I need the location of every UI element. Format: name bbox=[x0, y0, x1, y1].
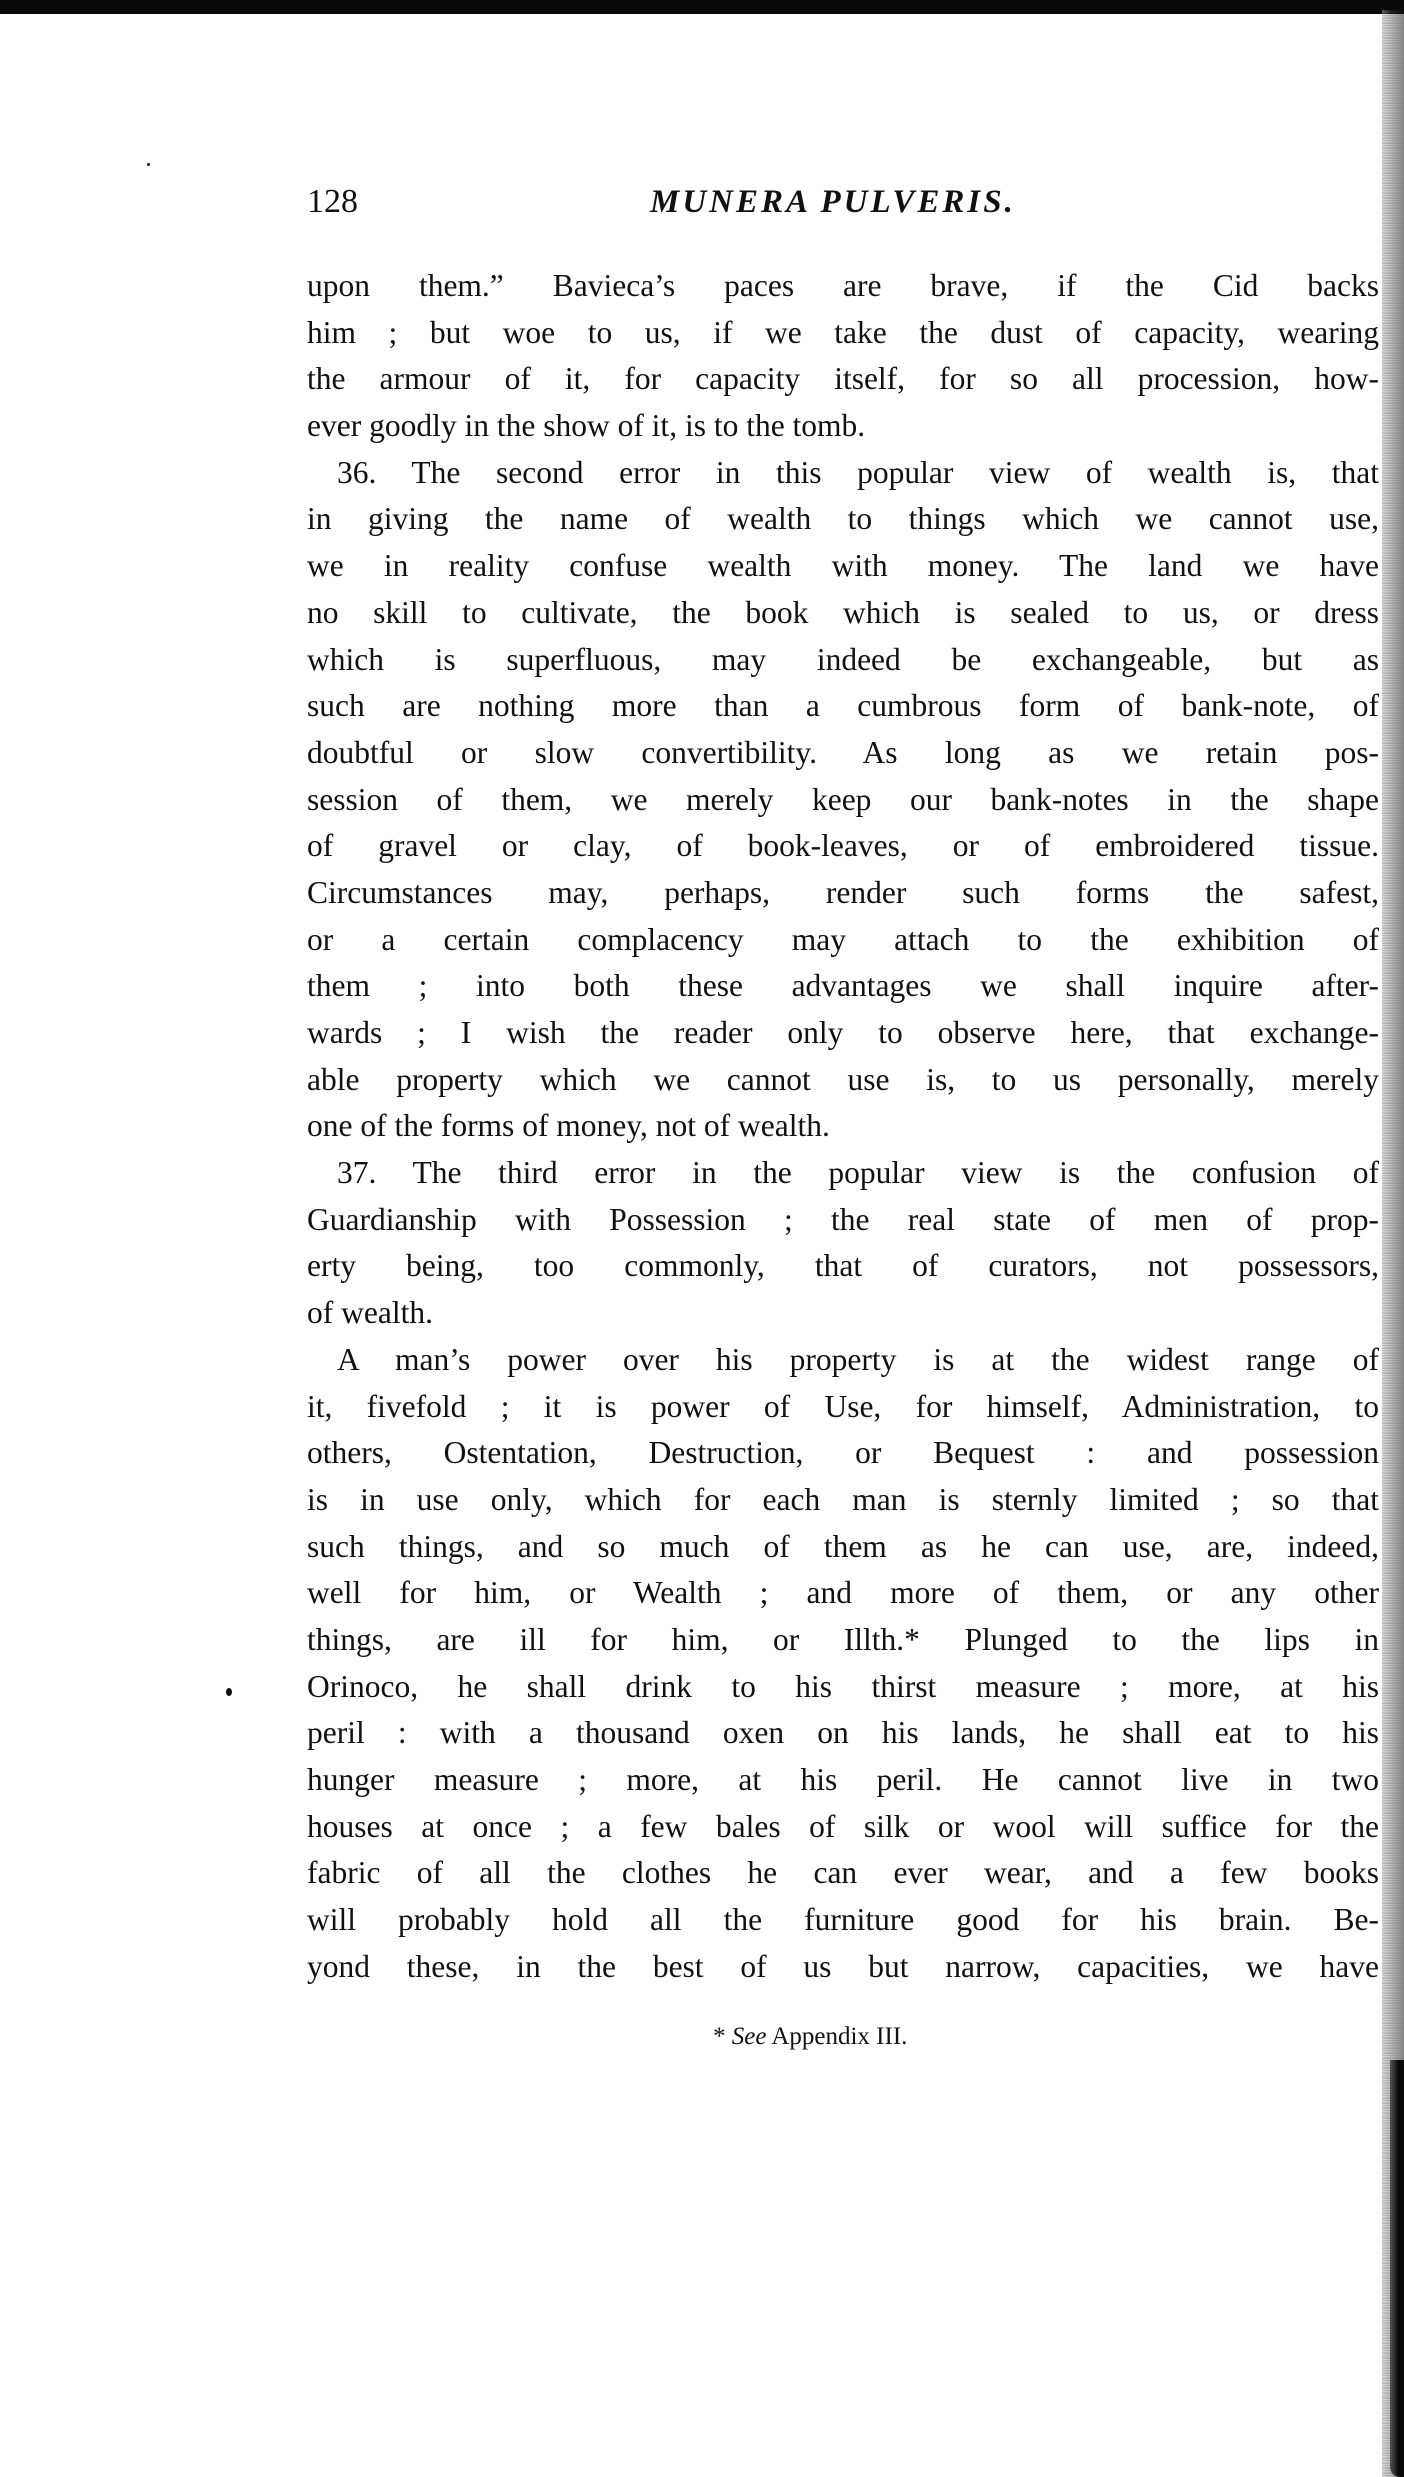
text-line: him ; but woe to us, if we take the dust… bbox=[307, 310, 1379, 357]
text-line: peril : with a thousand oxen on his land… bbox=[307, 1710, 1379, 1757]
text-line: no skill to cultivate, the book which is… bbox=[307, 590, 1379, 637]
running-title: MUNERA PULVERIS. bbox=[650, 180, 1016, 224]
footnote-see: See bbox=[732, 2023, 767, 2050]
text-line: in giving the name of wealth to things w… bbox=[307, 496, 1379, 543]
text-line: wards ; I wish the reader only to observ… bbox=[307, 1010, 1379, 1057]
text-line: we in reality confuse wealth with money.… bbox=[307, 543, 1379, 590]
text-line: Circumstances may, perhaps, render such … bbox=[307, 870, 1379, 917]
scan-top-edge bbox=[0, 0, 1404, 14]
footnote-marker: * bbox=[713, 2023, 732, 2050]
scan-right-edge-shadow bbox=[1390, 2060, 1404, 2477]
text-line: it, fivefold ; it is power of Use, for h… bbox=[307, 1384, 1379, 1431]
text-line: ever goodly in the show of it, is to the… bbox=[307, 403, 1379, 450]
text-line: of wealth. bbox=[307, 1290, 1379, 1337]
text-line: is in use only, which for each man is st… bbox=[307, 1477, 1379, 1524]
text-line: erty being, too commonly, that of curato… bbox=[307, 1243, 1379, 1290]
text-line: hunger measure ; more, at his peril. He … bbox=[307, 1757, 1379, 1804]
page-body: upon them.” Bavieca’s paces are brave, i… bbox=[307, 263, 1379, 1990]
ink-speck bbox=[226, 1688, 232, 1696]
text-line: Orinoco, he shall drink to his thirst me… bbox=[307, 1664, 1379, 1711]
text-line: of gravel or clay, of book-leaves, or of… bbox=[307, 823, 1379, 870]
text-line: things, are ill for him, or Illth.* Plun… bbox=[307, 1617, 1379, 1664]
text-line: the armour of it, for capacity itself, f… bbox=[307, 356, 1379, 403]
text-line: others, Ostentation, Destruction, or Beq… bbox=[307, 1430, 1379, 1477]
text-line: able property which we cannot use is, to… bbox=[307, 1057, 1379, 1104]
text-line: Guardianship with Possession ; the real … bbox=[307, 1197, 1379, 1244]
text-line: or a certain complacency may attach to t… bbox=[307, 917, 1379, 964]
page-number: 128 bbox=[307, 180, 358, 224]
text-line: yond these, in the best of us but narrow… bbox=[307, 1944, 1379, 1991]
text-line: well for him, or Wealth ; and more of th… bbox=[307, 1570, 1379, 1617]
text-line: will probably hold all the furniture goo… bbox=[307, 1897, 1379, 1944]
text-line: such things, and so much of them as he c… bbox=[307, 1524, 1379, 1571]
text-line: such are nothing more than a cumbrous fo… bbox=[307, 683, 1379, 730]
text-line: upon them.” Bavieca’s paces are brave, i… bbox=[307, 263, 1379, 310]
ink-speck bbox=[147, 163, 150, 166]
text-line: one of the forms of money, not of wealth… bbox=[307, 1103, 1379, 1150]
text-line: which is superfluous, may indeed be exch… bbox=[307, 637, 1379, 684]
paragraph-37-start: 37. The third error in the popular view … bbox=[307, 1150, 1379, 1197]
footnote-text: Appendix III. bbox=[766, 2023, 907, 2050]
paragraph-power-start: A man’s power over his property is at th… bbox=[307, 1337, 1379, 1384]
footnote: * See Appendix III. bbox=[713, 2020, 907, 2054]
text-line: fabric of all the clothes he can ever we… bbox=[307, 1850, 1379, 1897]
text-line: doubtful or slow convertibility. As long… bbox=[307, 730, 1379, 777]
running-head: 128 MUNERA PULVERIS. bbox=[307, 180, 1377, 224]
text-line: session of them, we merely keep our bank… bbox=[307, 777, 1379, 824]
text-line: them ; into both these advantages we sha… bbox=[307, 963, 1379, 1010]
text-line: houses at once ; a few bales of silk or … bbox=[307, 1804, 1379, 1851]
paragraph-36-start: 36. The second error in this popular vie… bbox=[307, 450, 1379, 497]
